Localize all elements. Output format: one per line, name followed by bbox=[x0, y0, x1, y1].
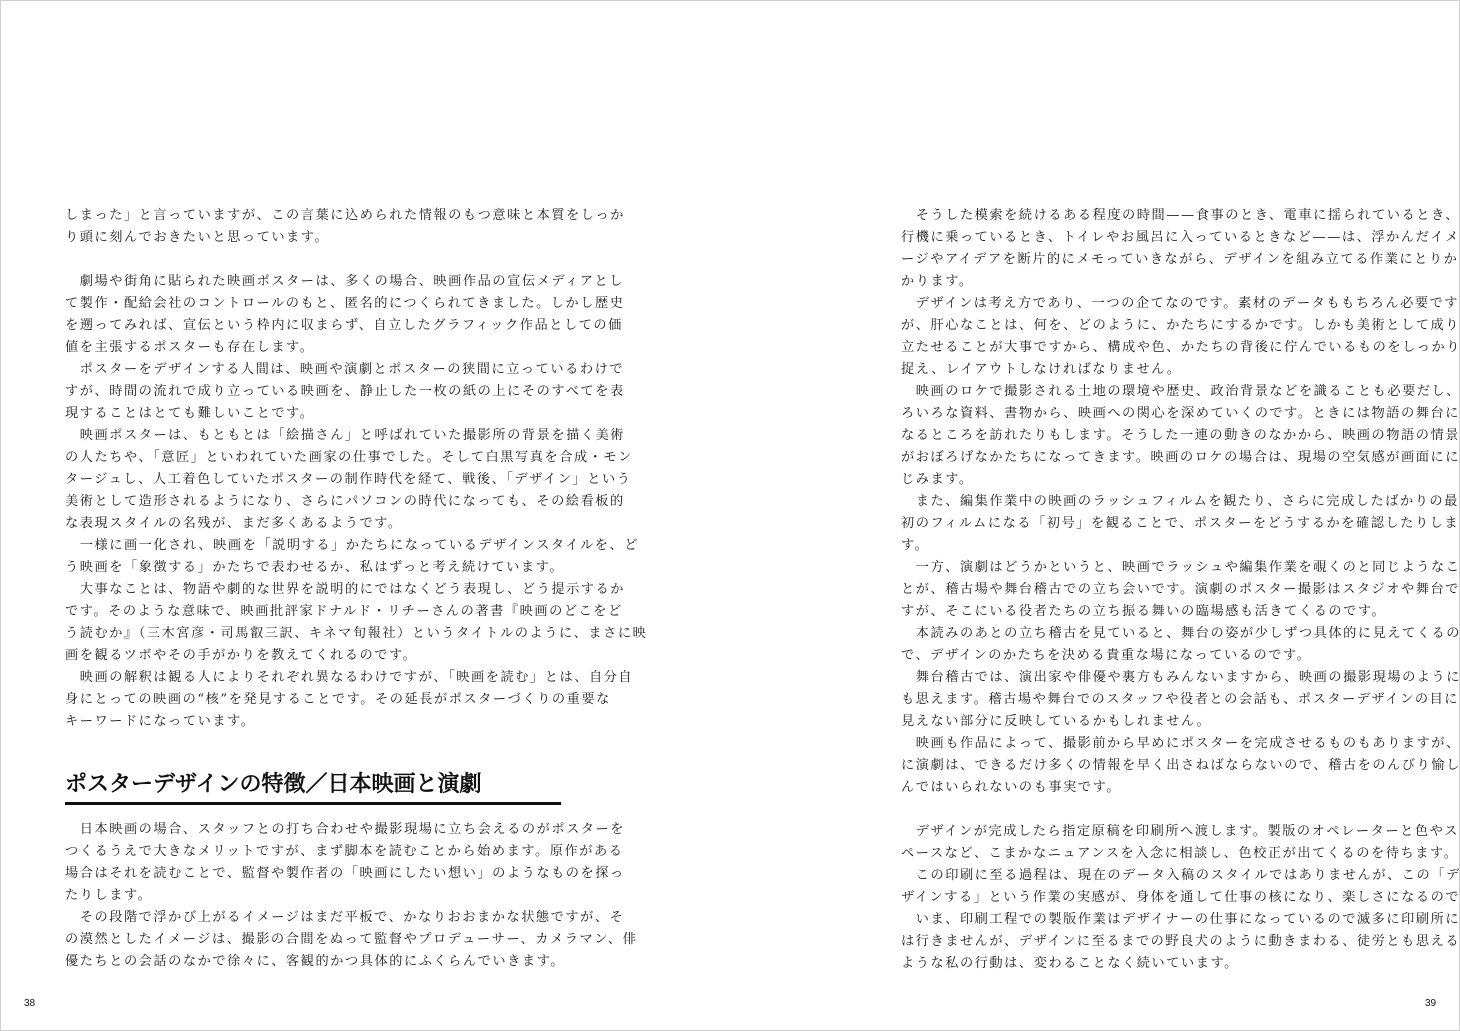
text-line: いま、印刷工程での製版作業はデザイナーの仕事になっているので滅多に印刷所に bbox=[901, 909, 1401, 931]
text-line: の人たちや、「意匠」といわれていた画家の仕事でした。そして白黒写真を合成・モン bbox=[65, 447, 565, 469]
text-line: 現することはとても難しいことです。 bbox=[65, 403, 565, 425]
text-line: を遡ってみれば、宣伝という枠内に収まらず、自立したグラフィック作品としての価 bbox=[65, 315, 565, 337]
text-line: そうした模索を続けるある程度の時間——食事のとき、電車に揺られているとき、飛 bbox=[901, 205, 1401, 227]
right-page: そうした模索を続けるある程度の時間——食事のとき、電車に揺られているとき、飛 行… bbox=[730, 1, 1459, 1030]
text-line: 一様に画一化され、映画を「説明する」かたちになっているデザインスタイルを、ど bbox=[65, 535, 565, 557]
text-line: です。そのような意味で、映画批評家ドナルド・リチーさんの著書『映画のどこをど bbox=[65, 601, 565, 623]
text-line: たりします。 bbox=[65, 885, 565, 907]
text-line: ような私の行動は、変わることなく続いています。 bbox=[901, 953, 1401, 975]
text-line: タージュし、人工着色していたポスターの制作時代を経て、戦後、「デザイン」という bbox=[65, 469, 565, 491]
page-number: 39 bbox=[1425, 998, 1436, 1009]
text-line: ろいろな資料、書物から、映画への関心を深めていくのです。ときには物語の舞台に bbox=[901, 403, 1401, 425]
text-line: 大事なことは、物語や劇的な世界を説明的にではなくどう表現し、どう提示するか bbox=[65, 579, 565, 601]
left-page-body-bottom: 日本映画の場合、スタッフとの打ち合わせや撮影現場に立ち会えるのがポスターを つく… bbox=[65, 819, 565, 973]
text-line: な表現スタイルの名残が、まだ多くあるようです。 bbox=[65, 513, 565, 535]
text-line: また、編集作業中の映画のラッシュフィルムを観たり、さらに完成したばかりの最 bbox=[901, 491, 1401, 513]
paragraph-gap bbox=[65, 249, 565, 271]
text-line: も思えます。稽古場や舞台でのスタッフや役者との会話も、ポスターデザインの目に bbox=[901, 689, 1401, 711]
text-line: 初のフィルムになる「初号」を観ることで、ポスターをどうするかを確認したりしま bbox=[901, 513, 1401, 535]
text-line: かります。 bbox=[901, 271, 1401, 293]
text-line: が、肝心なことは、何を、どのように、かたちにするかです。しかも美術として成り bbox=[901, 315, 1401, 337]
text-line: 本読みのあとの立ち稽古を見ていると、舞台の姿が少しずつ具体的に見えてくるの bbox=[901, 623, 1401, 645]
text-line: じみます。 bbox=[901, 469, 1401, 491]
section-heading: ポスターデザインの特徴／日本映画と演劇 bbox=[65, 769, 561, 801]
text-line: デザインは考え方であり、一つの企てなのです。素材のデータももちろん必要です bbox=[901, 293, 1401, 315]
text-line: 映画も作品によって、撮影前から早めにポスターを完成させるものもありますが、特 bbox=[901, 733, 1401, 755]
text-line: がおぼろげなかたちになってきます。映画のロケの場合は、現場の空気感が画面にに bbox=[901, 447, 1401, 469]
text-line: この印刷に至る過程は、現在のデータ入稿のスタイルではありませんが、この「デ bbox=[901, 865, 1401, 887]
text-line: 見えない部分に反映しているかもしれません。 bbox=[901, 711, 1401, 733]
text-line: す。 bbox=[901, 535, 1401, 557]
text-line: ペースなど、こまかなニュアンスを入念に相談し、色校正が出てくるのを待ちます。 bbox=[901, 843, 1401, 865]
text-line: 舞台稽古では、演出家や俳優や裏方もみんないますから、映画の撮影現場のように bbox=[901, 667, 1401, 689]
text-line: デザインが完成したら指定原稿を印刷所へ渡します。製版のオペレーターと色やス bbox=[901, 821, 1401, 843]
right-page-body: そうした模索を続けるある程度の時間——食事のとき、電車に揺られているとき、飛 行… bbox=[901, 205, 1401, 975]
text-line: とが、稽古場や舞台稽古での立ち会いです。演劇のポスター撮影はスタジオや舞台で bbox=[901, 579, 1401, 601]
text-line: う映画を「象徴する」かたちで表わせるか、私はずっと考え続けています。 bbox=[65, 557, 565, 579]
text-line: 場合はそれを読むことで、監督や製作者の「映画にしたい想い」のようなものを探っ bbox=[65, 863, 565, 885]
text-line: う読むか』（三木宮彦・司馬叡三訳、キネマ旬報社）というタイトルのように、まさに映 bbox=[65, 623, 565, 645]
text-line: て製作・配給会社のコントロールのもと、匿名的につくられてきました。しかし歴史 bbox=[65, 293, 565, 315]
text-line: 美術として造形されるようになり、さらにパソコンの時代になっても、その絵看板的 bbox=[65, 491, 565, 513]
text-line: キーワードになっています。 bbox=[65, 711, 565, 733]
text-line: は行きませんが、デザインに至るまでの野良犬のように動きまわる、徒労とも思える bbox=[901, 931, 1401, 953]
text-line: ポスターをデザインする人間は、映画や演劇とポスターの狭間に立っているわけで bbox=[65, 359, 565, 381]
text-line: 劇場や街角に貼られた映画ポスターは、多くの場合、映画作品の宣伝メディアとし bbox=[65, 271, 565, 293]
text-line: 立たせることが大事ですから、構成や色、かたちの背後に佇んでいるものをしっかり bbox=[901, 337, 1401, 359]
paragraph-gap bbox=[901, 799, 1401, 821]
text-line: 画を観るツボやその手がかりを教えてくれるのです。 bbox=[65, 645, 565, 667]
text-line: 捉え、レイアウトしなければなりません。 bbox=[901, 359, 1401, 381]
left-page: しまった」と言っていますが、この言葉に込められた情報のもつ意味と本質をしっか り… bbox=[1, 1, 730, 1030]
text-line: で、デザインのかたちを決める貴重な場になっているのです。 bbox=[901, 645, 1401, 667]
text-line: んではいられないのも事実です。 bbox=[901, 777, 1401, 799]
text-line: 優たちとの会話のなかで徐々に、客観的かつ具体的にふくらんでいきます。 bbox=[65, 951, 565, 973]
text-line: 映画のロケで撮影される土地の環境や歴史、政治背景などを識ることも必要だし、い bbox=[901, 381, 1401, 403]
text-line: なるところを訪れたりもします。そうした一連の動きのなかから、映画の物語の情景 bbox=[901, 425, 1401, 447]
text-line: その段階で浮かび上がるイメージはまだ平板で、かなりおおまかな状態ですが、そ bbox=[65, 907, 565, 929]
text-line: 一方、演劇はどうかというと、映画でラッシュや編集作業を覗くのと同じようなこ bbox=[901, 557, 1401, 579]
text-line: すが、時間の流れで成り立っている映画を、静止した一枚の紙の上にそのすべてを表 bbox=[65, 381, 565, 403]
heading-underline-rule bbox=[65, 802, 561, 805]
text-line: ージやアイデアを断片的にメモっていきながら、デザインを組み立てる作業にとりか bbox=[901, 249, 1401, 271]
text-line: に演劇は、できるだけ多くの情報を早く出さねばならないので、稽古をのんびり愉し bbox=[901, 755, 1401, 777]
text-line: ザインする」という作業の実感が、身体を通して仕事の核になり、楽しさになるのです。 bbox=[901, 887, 1401, 909]
text-line: 身にとっての映画の“核”を発見することです。その延長がポスターづくりの重要な bbox=[65, 689, 565, 711]
text-line: 映画ポスターは、もともとは「絵描さん」と呼ばれていた撮影所の背景を描く美術 bbox=[65, 425, 565, 447]
text-line: 値を主張するポスターも存在します。 bbox=[65, 337, 565, 359]
text-line: の漠然としたイメージは、撮影の合間をぬって監督やプロデューサー、カメラマン、俳 bbox=[65, 929, 565, 951]
text-line: つくるうえで大きなメリットですが、まず脚本を読むことから始めます。原作がある bbox=[65, 841, 565, 863]
text-line: 行機に乗っているとき、トイレやお風呂に入っているときなど——は、浮かんだイメ bbox=[901, 227, 1401, 249]
page-number: 38 bbox=[24, 998, 35, 1009]
text-line: り頭に刻んでおきたいと思っています。 bbox=[65, 227, 565, 249]
text-line: 日本映画の場合、スタッフとの打ち合わせや撮影現場に立ち会えるのがポスターを bbox=[65, 819, 565, 841]
text-line: すが、そこにいる役者たちの立ち振る舞いの臨場感も活きてくるのです。 bbox=[901, 601, 1401, 623]
text-line: 映画の解釈は観る人によりそれぞれ異なるわけですが、「映画を読む」とは、自分自 bbox=[65, 667, 565, 689]
book-spread: しまった」と言っていますが、この言葉に込められた情報のもつ意味と本質をしっか り… bbox=[0, 0, 1460, 1031]
text-line: しまった」と言っていますが、この言葉に込められた情報のもつ意味と本質をしっか bbox=[65, 205, 565, 227]
left-page-body-top: しまった」と言っていますが、この言葉に込められた情報のもつ意味と本質をしっか り… bbox=[65, 205, 565, 733]
